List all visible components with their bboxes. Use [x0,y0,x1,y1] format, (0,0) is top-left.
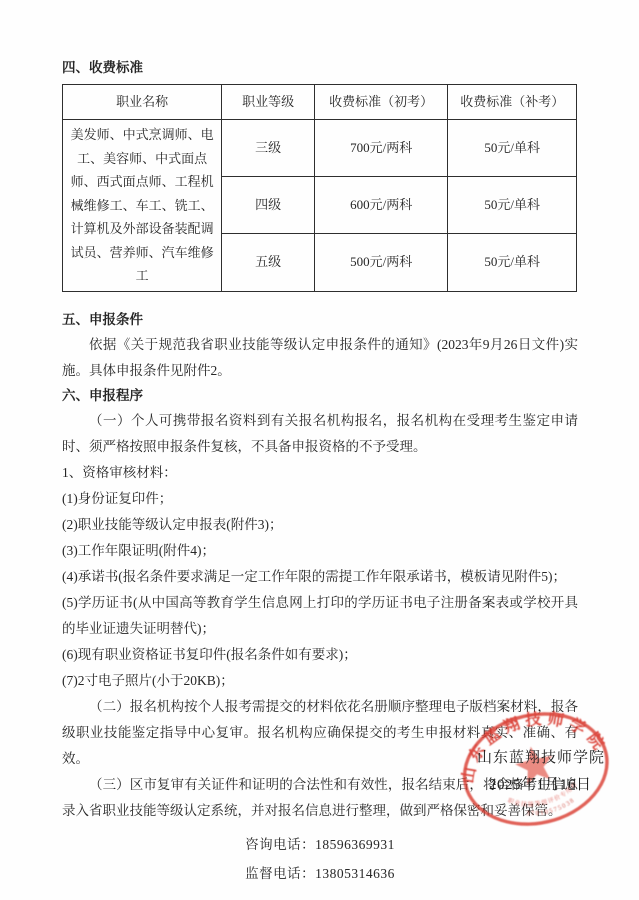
signature-organization: 山东蓝翔技师学院 [477,746,605,767]
fee-makeup-cell: 50元/单科 [448,234,577,291]
fee-makeup-cell: 50元/单科 [448,120,577,177]
fee-makeup-cell: 50元/单科 [448,177,577,234]
procedure-para-1: （一）个人可携带报名资料到有关报名机构报名，报名机构在受理考生鉴定申请时、须严格… [62,408,578,460]
material-item: (5)学历证书(从中国高等教育学生信息网上打印的学历证书电子注册备案表或学校开具… [62,590,578,642]
table-row: 美发师、中式烹调师、电工、美容师、中式面点师、西式面点师、工程机械维修工、车工、… [63,120,577,177]
fee-first-cell: 700元/两科 [314,120,448,177]
occupations-cell: 美发师、中式烹调师、电工、美容师、中式面点师、西式面点师、工程机械维修工、车工、… [63,120,222,292]
fee-table-header-row: 职业名称 职业等级 收费标准（初考） 收费标准（补考） [63,85,577,120]
col-header-occupation: 职业名称 [63,85,222,120]
material-item: (7)2寸电子照片(小于20KB)； [62,668,578,694]
material-item: (4)承诺书(报名条件要求满足一定工作年限的需提工作年限承诺书，模板请见附件5)… [62,564,578,590]
section6-heading: 六、申报程序 [62,384,578,408]
material-item: (6)现有职业资格证书复印件(报名条件如有要求)； [62,642,578,668]
level-cell: 四级 [222,177,315,234]
col-header-fee-makeup: 收费标准（补考） [448,85,577,120]
document-page: 四、收费标准 职业名称 职业等级 收费标准（初考） 收费标准（补考） 美发师、中… [0,0,639,900]
material-item: (2)职业技能等级认定申报表(附件3)； [62,512,578,538]
fee-table: 职业名称 职业等级 收费标准（初考） 收费标准（补考） 美发师、中式烹调师、电工… [62,84,577,292]
level-cell: 三级 [222,120,315,177]
col-header-fee-first: 收费标准（初考） [314,85,448,120]
material-item: (1)身份证复印件； [62,486,578,512]
material-item: (3)工作年限证明(附件4)； [62,538,578,564]
signature-date: 2025年1月16日 [489,773,592,794]
official-seal-stamp: 山东蓝翔技师学院 职业技能等级评价专用章 37010575038 [458,710,614,830]
fee-first-cell: 500元/两科 [314,234,448,291]
col-header-level: 职业等级 [222,85,315,120]
fee-first-cell: 600元/两科 [314,177,448,234]
section5-heading: 五、申报条件 [62,308,578,332]
supervise-phone: 监督电话：13805314636 [62,859,578,888]
level-cell: 五级 [222,234,315,291]
section4-heading: 四、收费标准 [62,56,578,80]
section5-body: 依据《关于规范我省职业技能等级认定申报条件的通知》(2023年9月26日文件)实… [62,332,578,384]
materials-heading: 1、资格审核材料： [62,460,578,486]
seal-graphic: 山东蓝翔技师学院 职业技能等级评价专用章 37010575038 [447,694,626,846]
